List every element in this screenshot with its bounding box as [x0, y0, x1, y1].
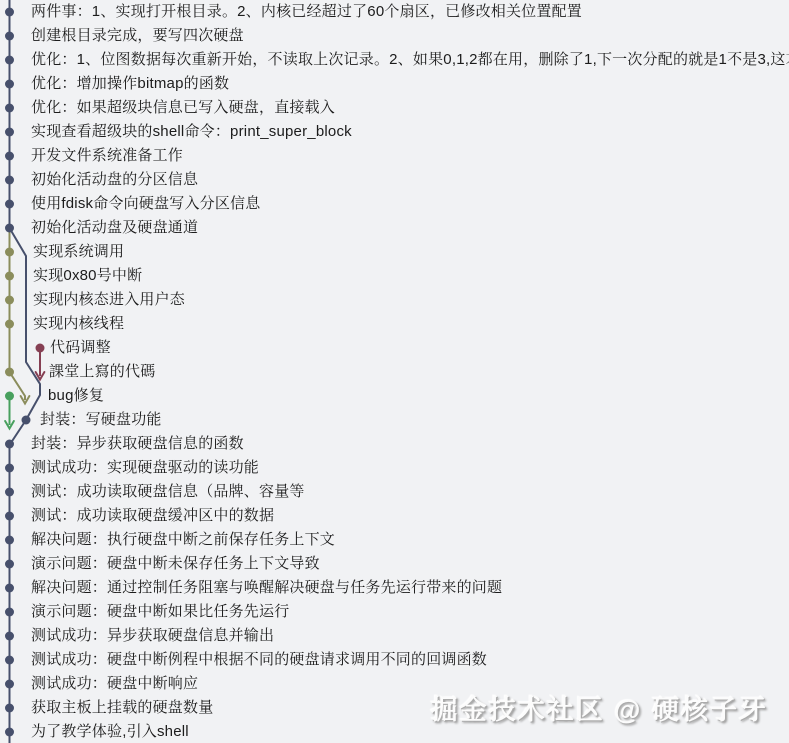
commit-row[interactable]: bug修复: [0, 384, 789, 408]
commit-message: 課堂上寫的代碼: [0, 360, 155, 384]
commit-row[interactable]: 演示问题：硬盘中断未保存任务上下文导致: [0, 552, 789, 576]
commit-row[interactable]: 开发文件系统准备工作: [0, 144, 789, 168]
commit-row[interactable]: 使用fdisk命令向硬盘写入分区信息: [0, 192, 789, 216]
commit-row[interactable]: 課堂上寫的代碼: [0, 360, 789, 384]
commit-row[interactable]: 创建根目录完成，要写四次硬盘: [0, 24, 789, 48]
commit-message: 使用fdisk命令向硬盘写入分区信息: [0, 192, 260, 216]
commit-row[interactable]: 测试成功：实现硬盘驱动的读功能: [0, 456, 789, 480]
commit-message: 实现系统调用: [0, 240, 124, 264]
commit-message: 实现内核态进入用户态: [0, 288, 185, 312]
commit-row[interactable]: 测试成功：硬盘中断例程中根据不同的硬盘请求调用不同的回调函数: [0, 648, 789, 672]
commit-message: 实现内核线程: [0, 312, 124, 336]
commit-message: 封装：写硬盘功能: [0, 408, 162, 432]
commit-message: 测试成功：异步获取硬盘信息并输出: [0, 624, 274, 648]
commit-row[interactable]: 初始化活动盘及硬盘通道: [0, 216, 789, 240]
commit-message: 解决问题：执行硬盘中断之前保存任务上下文: [0, 528, 335, 552]
commit-row[interactable]: 优化：增加操作bitmap的函数: [0, 72, 789, 96]
commit-message: 优化：增加操作bitmap的函数: [0, 72, 229, 96]
git-log-panel: 两件事：1、实现打开根目录。2、内核已经超过了60个扇区，已修改相关位置配置创建…: [0, 0, 789, 743]
commit-message: 开发文件系统准备工作: [0, 144, 183, 168]
commit-message: 封装：异步获取硬盘信息的函数: [0, 432, 244, 456]
commit-row[interactable]: 初始化活动盘的分区信息: [0, 168, 789, 192]
commit-row[interactable]: 测试：成功读取硬盘缓冲区中的数据: [0, 504, 789, 528]
commit-message: 为了教学体验,引入shell: [0, 720, 189, 743]
commit-message: 创建根目录完成，要写四次硬盘: [0, 24, 244, 48]
watermark-text: 掘金技术社区 @ 硬核子牙: [431, 688, 768, 727]
commit-message: bug修复: [0, 384, 104, 408]
commit-message: 实现0x80号中断: [0, 264, 142, 288]
commit-row[interactable]: 实现内核态进入用户态: [0, 288, 789, 312]
commit-row[interactable]: 实现内核线程: [0, 312, 789, 336]
commit-message: 获取主板上挂载的硬盘数量: [0, 696, 213, 720]
commit-row[interactable]: 实现查看超级块的shell命令：print_super_block: [0, 120, 789, 144]
commit-message: 两件事：1、实现打开根目录。2、内核已经超过了60个扇区，已修改相关位置配置: [0, 0, 582, 24]
commit-message: 初始化活动盘的分区信息: [0, 168, 198, 192]
commit-message: 演示问题：硬盘中断如果比任务先运行: [0, 600, 289, 624]
commit-list: 两件事：1、实现打开根目录。2、内核已经超过了60个扇区，已修改相关位置配置创建…: [0, 0, 789, 743]
commit-row[interactable]: 实现系统调用: [0, 240, 789, 264]
commit-row[interactable]: 解决问题：执行硬盘中断之前保存任务上下文: [0, 528, 789, 552]
commit-message: 演示问题：硬盘中断未保存任务上下文导致: [0, 552, 320, 576]
commit-row[interactable]: 代码调整: [0, 336, 789, 360]
commit-message: 测试成功：实现硬盘驱动的读功能: [0, 456, 259, 480]
commit-row[interactable]: 优化：1、位图数据每次重新开始，不读取上次记录。2、如果0,1,2都在用，删除了…: [0, 48, 789, 72]
commit-row[interactable]: 演示问题：硬盘中断如果比任务先运行: [0, 600, 789, 624]
commit-message: 优化：1、位图数据每次重新开始，不读取上次记录。2、如果0,1,2都在用，删除了…: [0, 48, 789, 72]
commit-row[interactable]: 优化：如果超级块信息已写入硬盘，直接载入: [0, 96, 789, 120]
commit-row[interactable]: 两件事：1、实现打开根目录。2、内核已经超过了60个扇区，已修改相关位置配置: [0, 0, 789, 24]
commit-row[interactable]: 测试成功：异步获取硬盘信息并输出: [0, 624, 789, 648]
commit-row[interactable]: 实现0x80号中断: [0, 264, 789, 288]
commit-message: 测试：成功读取硬盘信息（品牌、容量等: [0, 480, 305, 504]
commit-message: 代码调整: [0, 336, 111, 360]
commit-message: 初始化活动盘及硬盘通道: [0, 216, 198, 240]
commit-message: 实现查看超级块的shell命令：print_super_block: [0, 120, 352, 144]
commit-row[interactable]: 封装：写硬盘功能: [0, 408, 789, 432]
commit-message: 测试成功：硬盘中断例程中根据不同的硬盘请求调用不同的回调函数: [0, 648, 487, 672]
commit-row[interactable]: 测试：成功读取硬盘信息（品牌、容量等: [0, 480, 789, 504]
commit-message: 测试：成功读取硬盘缓冲区中的数据: [0, 504, 274, 528]
commit-message: 测试成功：硬盘中断响应: [0, 672, 198, 696]
commit-row[interactable]: 解决问题：通过控制任务阻塞与唤醒解决硬盘与任务先运行带来的问题: [0, 576, 789, 600]
commit-row[interactable]: 封装：异步获取硬盘信息的函数: [0, 432, 789, 456]
commit-message: 解决问题：通过控制任务阻塞与唤醒解决硬盘与任务先运行带来的问题: [0, 576, 502, 600]
commit-message: 优化：如果超级块信息已写入硬盘，直接载入: [0, 96, 335, 120]
